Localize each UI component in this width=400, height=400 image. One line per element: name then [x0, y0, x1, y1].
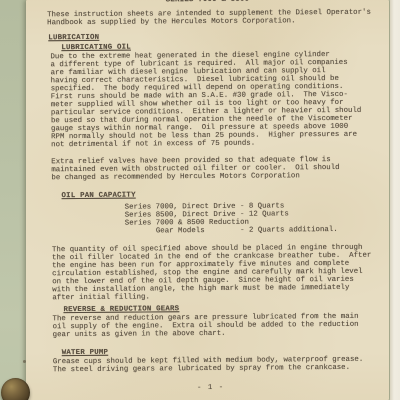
paper-speck: [23, 360, 26, 363]
reverse-reduction-gears-paragraph: The reverse and reduction gears are pres…: [52, 313, 358, 339]
lubricating-oil-paragraph-2: Extra relief valves have been provided s…: [51, 156, 339, 182]
heading-reverse-reduction-gears: REVERSE & REDUCTION GEARS: [63, 305, 179, 314]
lubricating-oil-paragraph-1: Due to the extreme heat generated in the…: [50, 51, 361, 149]
heading-water-pump: WATER PUMP: [62, 349, 108, 357]
typewritten-text-layer: SERIES 7000 & 8500 These instruction she…: [26, 0, 392, 400]
page-number: - 1 -: [29, 383, 392, 394]
intro-paragraph: These instruction sheets are intended to…: [47, 9, 371, 28]
scanned-document-scene: SERIES 7000 & 8500 These instruction she…: [0, 0, 400, 400]
heading-oil-pan-capacity: OIL PAN CAPACITY: [62, 192, 136, 201]
brass-fastener: [1, 378, 30, 400]
heading-lubrication: LUBRICATION: [48, 34, 99, 42]
water-pump-paragraph: Grease cups should be kept filled with m…: [53, 356, 364, 374]
oil-pan-capacity-paragraph: The quantity of oil specified above shou…: [52, 244, 372, 303]
running-title-clipped: SERIES 7000 & 8500: [26, 0, 389, 5]
heading-lubricating-oil: LUBRICATING OIL: [61, 44, 131, 53]
oil-pan-capacity-table: Series 7000, Direct Drive - 8 Quarts Ser…: [125, 202, 338, 236]
